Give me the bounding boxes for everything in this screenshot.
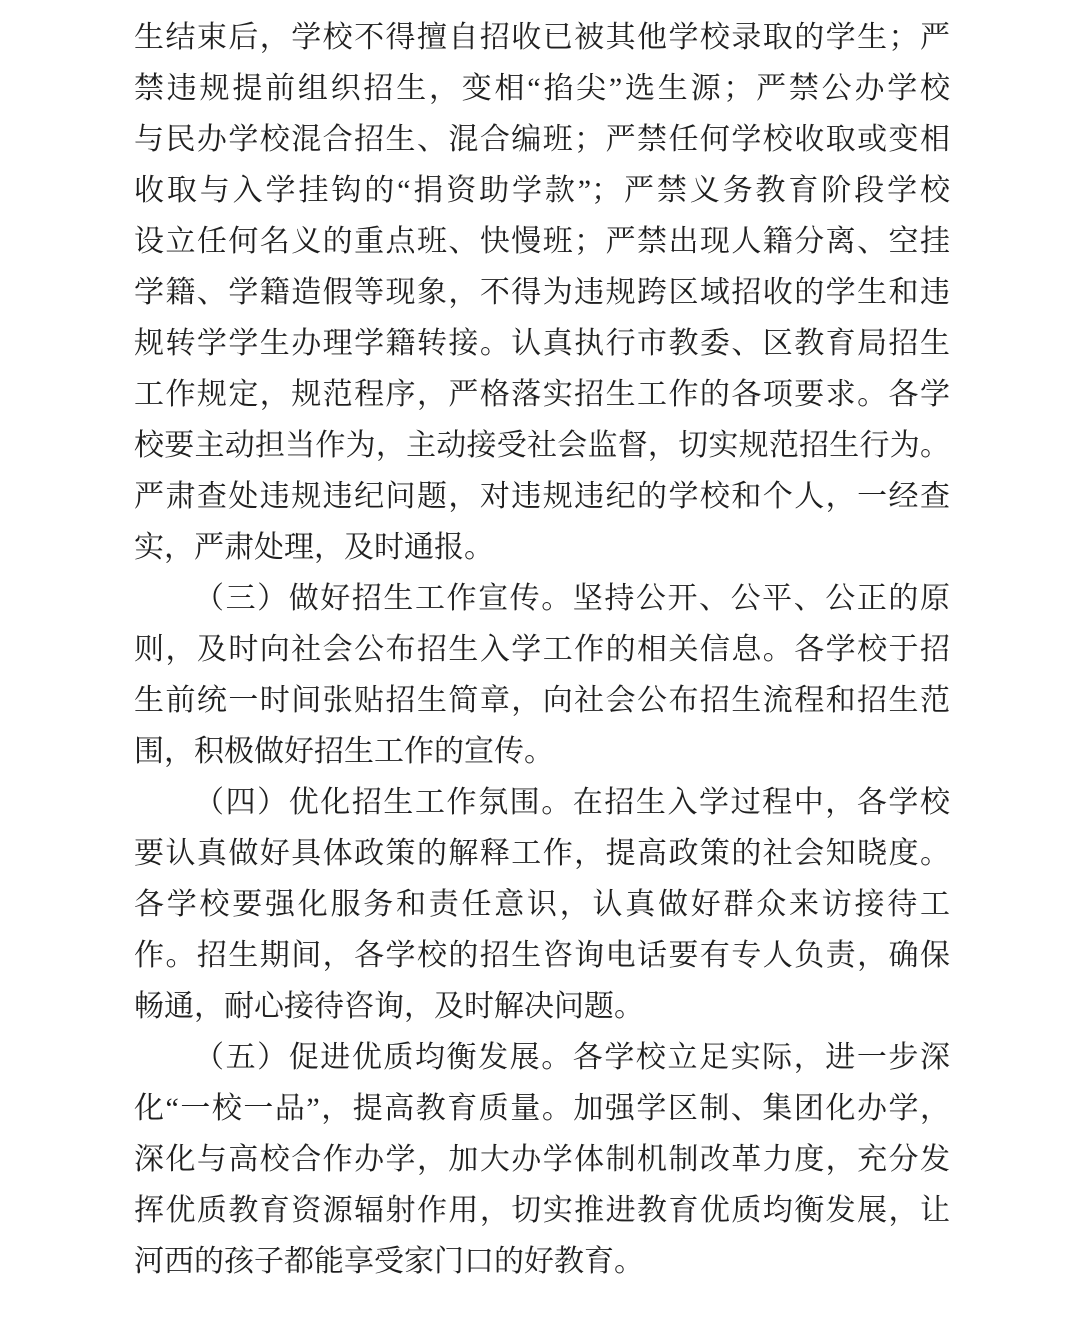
text-line: 严肃查处违规违纪问题，对违规违纪的学校和个人，一经查 — [134, 471, 950, 522]
text-line: 生结束后，学校不得擅自招收已被其他学校录取的学生；严 — [134, 12, 950, 63]
text-line: （五）促进优质均衡发展。各学校立足实际，进一步深 — [134, 1032, 950, 1083]
text-line: 学籍、学籍造假等现象，不得为违规跨区域招收的学生和违 — [134, 267, 950, 318]
text-line: 作。招生期间，各学校的招生咨询电话要有专人负责，确保 — [134, 930, 950, 981]
paragraph-3: （三）做好招生工作宣传。坚持公开、公平、公正的原 则，及时向社会公布招生入学工作… — [134, 573, 950, 777]
text-line: （三）做好招生工作宣传。坚持公开、公平、公正的原 — [134, 573, 950, 624]
text-line: 与民办学校混合招生、混合编班；严禁任何学校收取或变相 — [134, 114, 950, 165]
text-line: 收取与入学挂钩的“捐资助学款”；严禁义务教育阶段学校 — [134, 165, 950, 216]
text-line: 畅通，耐心接待咨询，及时解决问题。 — [134, 981, 950, 1032]
document-page: 生结束后，学校不得擅自招收已被其他学校录取的学生；严 禁违规提前组织招生，变相“… — [0, 0, 1080, 1342]
text-line: 工作规定，规范程序，严格落实招生工作的各项要求。各学 — [134, 369, 950, 420]
text-line: 化“一校一品”，提高教育质量。加强学区制、集团化办学， — [134, 1083, 950, 1134]
text-line: 则，及时向社会公布招生入学工作的相关信息。各学校于招 — [134, 624, 950, 675]
text-line: （四）优化招生工作氛围。在招生入学过程中，各学校 — [134, 777, 950, 828]
text-line: 围，积极做好招生工作的宣传。 — [134, 726, 950, 777]
text-line: 各学校要强化服务和责任意识，认真做好群众来访接待工 — [134, 879, 950, 930]
text-line: 深化与高校合作办学，加大办学体制机制改革力度，充分发 — [134, 1134, 950, 1185]
text-line: 实，严肃处理，及时通报。 — [134, 522, 950, 573]
paragraph-5: （五）促进优质均衡发展。各学校立足实际，进一步深 化“一校一品”，提高教育质量。… — [134, 1032, 950, 1287]
text-line: 规转学学生办理学籍转接。认真执行市教委、区教育局招生 — [134, 318, 950, 369]
paragraph-2-continuation: 生结束后，学校不得擅自招收已被其他学校录取的学生；严 禁违规提前组织招生，变相“… — [134, 12, 950, 573]
text-line: 挥优质教育资源辐射作用，切实推进教育优质均衡发展，让 — [134, 1185, 950, 1236]
text-line: 要认真做好具体政策的解释工作，提高政策的社会知晓度。 — [134, 828, 950, 879]
text-line: 禁违规提前组织招生，变相“掐尖”选生源；严禁公办学校 — [134, 63, 950, 114]
text-line: 生前统一时间张贴招生简章，向社会公布招生流程和招生范 — [134, 675, 950, 726]
document-text: 生结束后，学校不得擅自招收已被其他学校录取的学生；严 禁违规提前组织招生，变相“… — [134, 12, 950, 1287]
text-line: 设立任何名义的重点班、快慢班；严禁出现人籍分离、空挂 — [134, 216, 950, 267]
text-line: 校要主动担当作为，主动接受社会监督，切实规范招生行为。 — [134, 420, 950, 471]
text-line: 河西的孩子都能享受家门口的好教育。 — [134, 1236, 950, 1287]
paragraph-4: （四）优化招生工作氛围。在招生入学过程中，各学校 要认真做好具体政策的解释工作，… — [134, 777, 950, 1032]
